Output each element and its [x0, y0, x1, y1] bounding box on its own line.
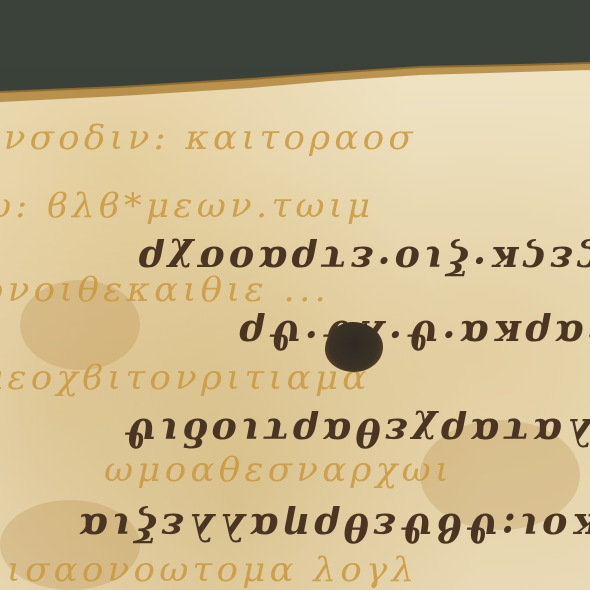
overtext-line: ϑαρκα·ϑ·λϑ·ϑρ [0, 312, 590, 357]
overtext-line: ςεςκ·ξιο·ετραοσχρ [0, 238, 590, 283]
overtext-line: ·λαταρχεθαρτιοδιϑ [0, 410, 590, 455]
undertext-line: ονσοδιν: καιτοραοσ [0, 118, 590, 158]
undertext-line: ω: ϐλϐ*μεων.τωιμ [0, 186, 590, 226]
parchment-hole [325, 322, 383, 372]
undertext-line: μεοχϐιτονριτιαμα [0, 358, 590, 398]
undertext-line: ωμοαθεσναρχωι [104, 450, 590, 490]
undertext-line: λισαονοωτομα λογλ [0, 550, 590, 590]
overtext-line: κοι:ϑϐϑεθρηαλλεξια [0, 505, 590, 550]
